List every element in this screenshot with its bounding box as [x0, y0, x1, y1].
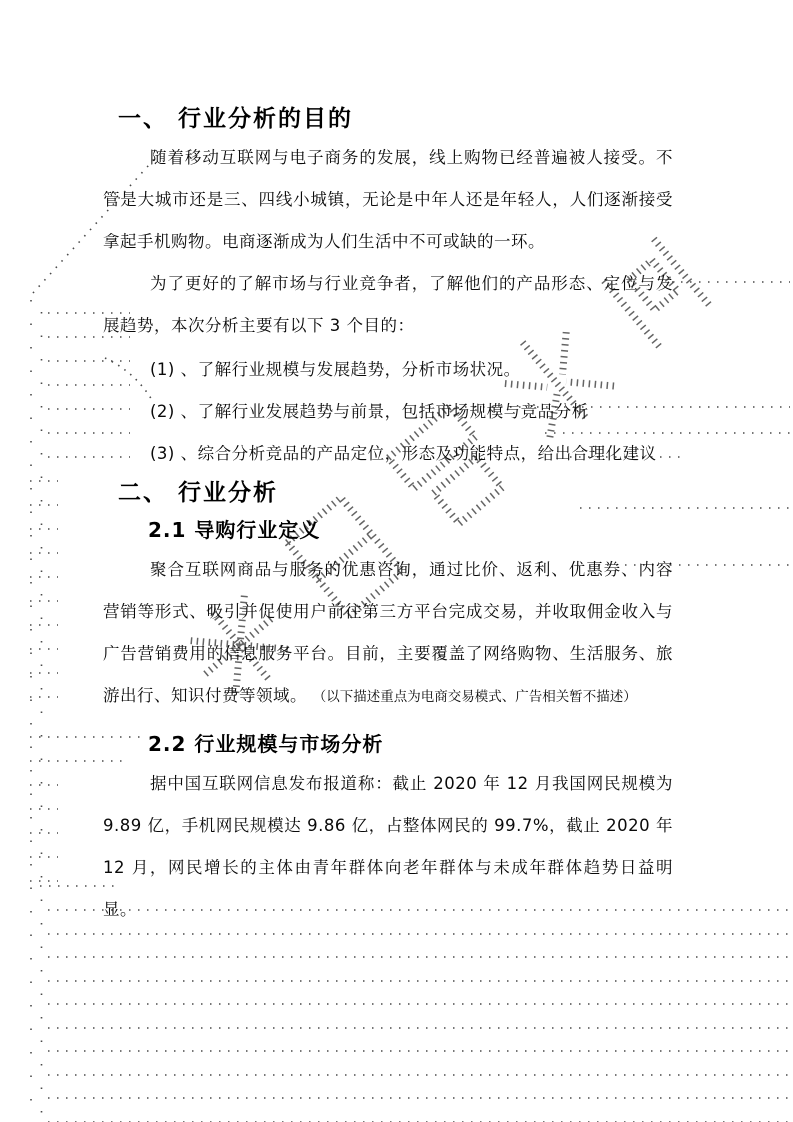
goal-item-1: (1) 、了解行业规模与发展趋势，分析市场状况。 — [150, 358, 521, 382]
heading-industry-analysis-purpose: 一、 行业分析的目的 — [118, 100, 353, 133]
paragraph-definition: 聚合互联网商品与服务的优惠咨询，通过比价、返利、优惠券、内容营销等形式、吸引并促… — [103, 549, 673, 718]
paragraph-intro: 随着移动互联网与电子商务的发展，线上购物已经普遍被人接受。不管是大城市还是三、四… — [103, 137, 673, 263]
paragraph-purpose: 为了更好的了解市场与行业竞争者，了解他们的产品形态、定位与发展趋势，本次分析主要… — [103, 263, 673, 347]
subheading-industry-scale-market-analysis: 2.2 行业规模与市场分析 — [148, 728, 383, 757]
document-page: 一、 行业分析的目的 随着移动互联网与电子商务的发展，线上购物已经普遍被人接受。… — [0, 0, 793, 1122]
paragraph-market: 据中国互联网信息发布报道称：截止 2020 年 12 月我国网民规模为 9.89… — [103, 763, 673, 931]
dotted-arc — [105, 358, 152, 400]
paragraph-definition-note: （以下描述重点为电商交易模式、广告相关暂不描述） — [313, 689, 637, 705]
subheading-guide-industry-definition: 2.1 导购行业定义 — [148, 514, 320, 543]
goal-item-2: (2) 、了解行业发展趋势与前景，包括市场规模与竞品分析 — [150, 400, 589, 424]
paragraph-definition-text: 聚合互联网商品与服务的优惠咨询，通过比价、返利、优惠券、内容营销等形式、吸引并促… — [103, 560, 673, 705]
watermark-glyph-3 — [388, 406, 511, 531]
goal-item-3: (3) 、综合分析竞品的产品定位，形态及功能特点，给出合理化建议 — [150, 442, 657, 466]
heading-industry-analysis: 二、 行业分析 — [118, 474, 278, 507]
